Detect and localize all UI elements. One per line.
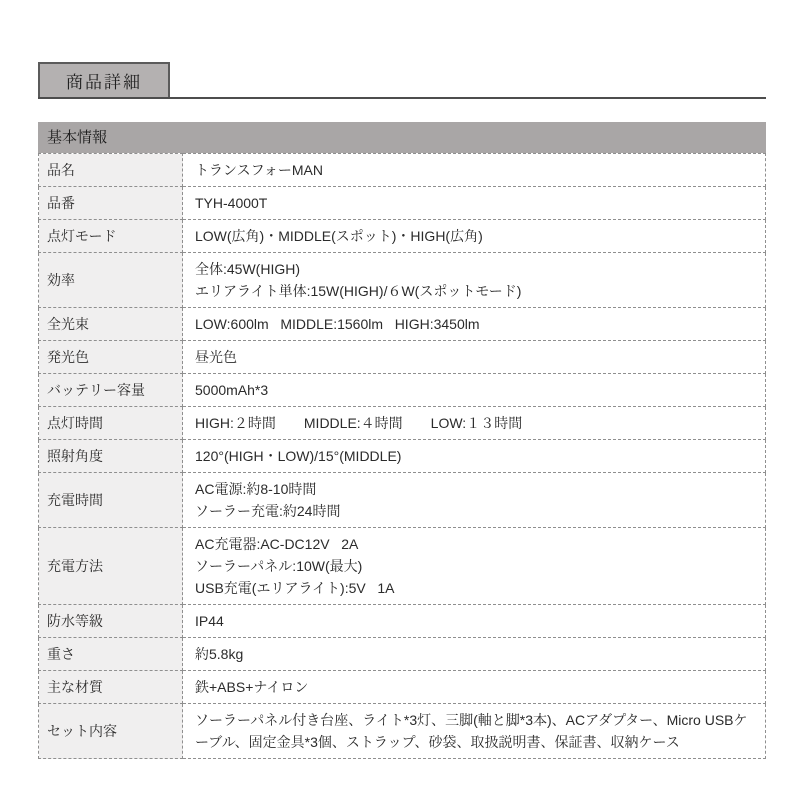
spec-value: 120°(HIGH・LOW)/15°(MIDDLE) <box>183 440 766 473</box>
spec-value: AC充電器:AC-DC12V 2A ソーラーパネル:10W(最大) USB充電(… <box>183 528 766 605</box>
table-row: 照射角度 120°(HIGH・LOW)/15°(MIDDLE) <box>39 440 766 473</box>
spec-value: AC電源:約8-10時間 ソーラー充電:約24時間 <box>183 473 766 528</box>
spec-label: 品番 <box>39 187 183 220</box>
spec-value: 鉄+ABS+ナイロン <box>183 671 766 704</box>
spec-label: 品名 <box>39 154 183 187</box>
spec-value: トランスフォーMAN <box>183 154 766 187</box>
spec-value: ソーラーパネル付き台座、ライト*3灯、三脚(軸と脚*3本)、ACアダプター、Mi… <box>183 704 766 759</box>
product-detail-page: { "header": { "tab_label": "商品詳細" }, "ba… <box>0 0 800 800</box>
table-row: 効率 全体:45W(HIGH) エリアライト単体:15W(HIGH)/６W(スポ… <box>39 253 766 308</box>
spec-label: セット内容 <box>39 704 183 759</box>
table-row: 点灯モード LOW(広角)・MIDDLE(スポット)・HIGH(広角) <box>39 220 766 253</box>
table-row: 充電方法 AC充電器:AC-DC12V 2A ソーラーパネル:10W(最大) U… <box>39 528 766 605</box>
spec-label: 点灯モード <box>39 220 183 253</box>
spec-label: 防水等級 <box>39 605 183 638</box>
table-row: 重さ 約5.8kg <box>39 638 766 671</box>
spec-value: 約5.8kg <box>183 638 766 671</box>
page-title: 商品詳細 <box>66 68 142 93</box>
spec-label: 充電時間 <box>39 473 183 528</box>
section-title: 基本情報 <box>47 129 107 146</box>
content-area: 商品詳細 基本情報 品名 トランスフォーMAN 品番 TYH-4000T 点灯モ… <box>38 62 766 759</box>
spec-label: 重さ <box>39 638 183 671</box>
spec-value: IP44 <box>183 605 766 638</box>
spec-value: TYH-4000T <box>183 187 766 220</box>
spec-value: 昼光色 <box>183 341 766 374</box>
table-row: セット内容 ソーラーパネル付き台座、ライト*3灯、三脚(軸と脚*3本)、ACアダ… <box>39 704 766 759</box>
spec-label: 照射角度 <box>39 440 183 473</box>
spec-label: 全光束 <box>39 308 183 341</box>
table-row: 発光色 昼光色 <box>39 341 766 374</box>
table-row: 品名 トランスフォーMAN <box>39 154 766 187</box>
spec-label: 効率 <box>39 253 183 308</box>
spec-label: バッテリー容量 <box>39 374 183 407</box>
spec-value: 5000mAh*3 <box>183 374 766 407</box>
table-row: 充電時間 AC電源:約8-10時間 ソーラー充電:約24時間 <box>39 473 766 528</box>
spec-label: 主な材質 <box>39 671 183 704</box>
table-row: 点灯時間 HIGH:２時間 MIDDLE:４時間 LOW:１３時間 <box>39 407 766 440</box>
table-row: 全光束 LOW:600lm MIDDLE:1560lm HIGH:3450lm <box>39 308 766 341</box>
spec-value: HIGH:２時間 MIDDLE:４時間 LOW:１３時間 <box>183 407 766 440</box>
table-row: 主な材質 鉄+ABS+ナイロン <box>39 671 766 704</box>
spec-value: LOW:600lm MIDDLE:1560lm HIGH:3450lm <box>183 308 766 341</box>
table-row: 品番 TYH-4000T <box>39 187 766 220</box>
spec-label: 点灯時間 <box>39 407 183 440</box>
spec-value: LOW(広角)・MIDDLE(スポット)・HIGH(広角) <box>183 220 766 253</box>
table-row: バッテリー容量 5000mAh*3 <box>39 374 766 407</box>
page-header-rule: 商品詳細 <box>38 62 766 99</box>
section-header-bar: 基本情報 <box>38 122 766 153</box>
page-title-tab: 商品詳細 <box>38 62 170 97</box>
spec-table: 品名 トランスフォーMAN 品番 TYH-4000T 点灯モード LOW(広角)… <box>38 153 766 759</box>
spec-label: 充電方法 <box>39 528 183 605</box>
table-row: 防水等級 IP44 <box>39 605 766 638</box>
spec-label: 発光色 <box>39 341 183 374</box>
spec-value: 全体:45W(HIGH) エリアライト単体:15W(HIGH)/６W(スポットモ… <box>183 253 766 308</box>
